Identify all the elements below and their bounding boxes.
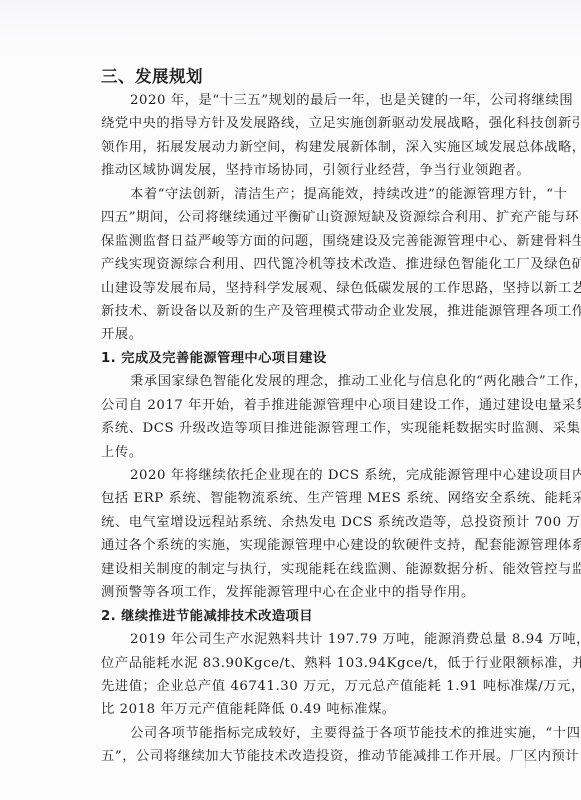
paragraph-energy-center-1: 秉承国家绿色智能化发展的理念，推动工业化与信息化的“两化融合”工作， 公司自 2… — [101, 370, 501, 464]
text-line: 上传。 — [101, 441, 501, 464]
text-line: 保监测监督日益严峻等方面的问题，围绕建设及完善能源管理中心、新建骨料生 — [101, 230, 501, 253]
text-line: 包括 ERP 系统、智能物流系统、生产管理 MES 系统、网络安全系统、能耗采集… — [101, 487, 501, 510]
section-heading: 三、发展规划 — [101, 65, 501, 89]
document-body: 三、发展规划 2020 年，是“十三五”规划的最后一年，也是关键的一年，公司将继… — [101, 65, 501, 769]
text-line: 2020 年，是“十三五”规划的最后一年，也是关键的一年，公司将继续围 — [101, 89, 501, 112]
text-line: 公司各项节能指标完成较好，主要得益于各项节能技术的推进实施，“十四 — [101, 722, 501, 745]
text-line: 秉承国家绿色智能化发展的理念，推动工业化与信息化的“两化融合”工作， — [101, 370, 501, 393]
text-line: 推动区域协调发展，坚持市场协同，引领行业经营，争当行业领跑者。 — [101, 159, 501, 182]
text-line: 绕党中央的指导方针及发展路线，立足实施创新驱动发展战略，强化科技创新引 — [101, 112, 501, 135]
text-line: 开展。 — [101, 323, 501, 346]
text-line: 领作用，拓展发展动力新空间，构建发展新体制，深入实施区域发展总体战略， — [101, 136, 501, 159]
text-line: 比 2018 年万元产值能耗降低 0.49 吨标准煤。 — [101, 698, 501, 721]
text-line: 位产品能耗水泥 83.90Kgce/t、熟料 103.94Kgce/t，低于行业… — [101, 652, 501, 675]
text-line: 公司自 2017 年开始，着手推进能源管理中心项目建设工作，通过建设电量采集 — [101, 394, 501, 417]
text-line: 五”，公司将继续加大节能技术改造投资，推动节能减排工作开展。厂区内预计 — [101, 745, 501, 768]
paragraph-policy: 本着“守法创新，清洁生产；提高能效，持续改进”的能源管理方针，“十 四五”期间，… — [101, 183, 501, 347]
text-line: 系统、DCS 升级改造等项目推进能源管理工作，实现能耗数据实时监测、采集及 — [101, 417, 501, 440]
text-line: 山建设等发展布局，坚持科学发展观、绿色低碳发展的工作思路，坚持以新工艺、 — [101, 277, 501, 300]
text-line: 2020 年将继续依托企业现在的 DCS 系统，完成能源管理中心建设项目内容， — [101, 464, 501, 487]
text-line: 测预警等各项工作，发挥能源管理中心在企业中的指导作用。 — [101, 581, 501, 604]
text-line: 统、电气室增设远程站系统、余热发电 DCS 系统改造等，总投资预计 700 万元… — [101, 511, 501, 534]
paragraph-energy-center-2: 2020 年将继续依托企业现在的 DCS 系统，完成能源管理中心建设项目内容， … — [101, 464, 501, 605]
text-line: 本着“守法创新，清洁生产；提高能效，持续改进”的能源管理方针，“十 — [101, 183, 501, 206]
page-number-mark — [525, 758, 529, 768]
text-line: 四五”期间，公司将继续通过平衡矿山资源短缺及资源综合利用、扩充产能与环 — [101, 206, 501, 229]
subsection-heading-2: 2. 继续推进节能减排技术改造项目 — [101, 605, 501, 628]
paragraph-energy-saving-1: 2019 年公司生产水泥熟料共计 197.79 万吨，能源消费总量 8.94 万… — [101, 628, 501, 722]
paragraph-intro: 2020 年，是“十三五”规划的最后一年，也是关键的一年，公司将继续围 绕党中央… — [101, 89, 501, 183]
text-line: 先进值；企业总产值 46741.30 万元，万元总产值能耗 1.91 吨标准煤/… — [101, 675, 501, 698]
text-line: 产线实现资源综合利用、四代篦冷机等技术改造、推进绿色智能化工厂及绿色矿 — [101, 253, 501, 276]
text-line: 2019 年公司生产水泥熟料共计 197.79 万吨，能源消费总量 8.94 万… — [101, 628, 501, 651]
subsection-heading-1: 1. 完成及完善能源管理中心项目建设 — [101, 347, 501, 370]
text-line: 通过各个系统的实施，实现能源管理中心建设的软硬件支持，配套能源管理体系 — [101, 534, 501, 557]
paragraph-energy-saving-2: 公司各项节能指标完成较好，主要得益于各项节能技术的推进实施，“十四 五”，公司将… — [101, 722, 501, 769]
text-line: 建设相关制度的制定与执行，实现能耗在线监测、能源数据分析、能效管控与监 — [101, 558, 501, 581]
text-line: 新技术、新设备以及新的生产及管理模式带动企业发展，推进能源管理各项工作 — [101, 300, 501, 323]
